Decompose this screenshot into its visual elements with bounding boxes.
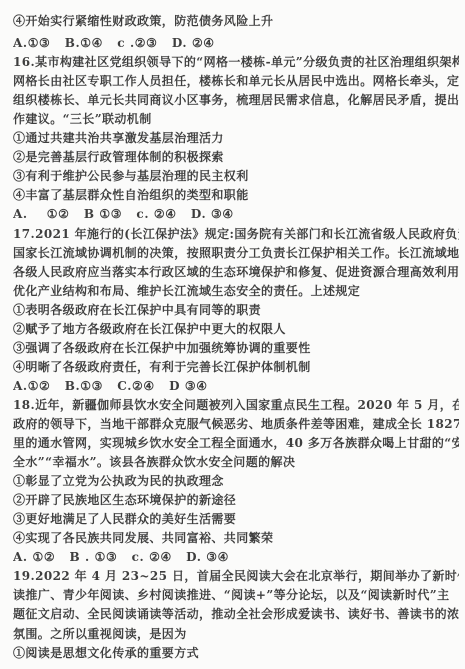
- answer-choices: A. ①② B ①③ c. ②④ D. ③④: [13, 205, 459, 224]
- question-stem-line: 政府的领导下，当地干部群众克服气候恶劣、地质条件差等困难，建成全长 1827 公: [13, 415, 459, 434]
- question-stem-line: 作建议。“三长”联动机制: [13, 110, 459, 129]
- question-option: ④丰富了基层群众性自治组织的类型和职能: [13, 186, 459, 205]
- answer-choices: A. ①② B . ①③ c. ②④ D. ③④: [13, 548, 459, 567]
- question-option: ④明晰了各级政府责任，有利于完善长江保护体制机制: [13, 358, 459, 377]
- question-stem-line: 网格长由社区专职工作人员担任，楼栋长和单元长从居民中选出。网格长牵头，定期: [13, 72, 459, 91]
- question-stem-line: 国家长江流域协调机制的决策，按照职责分工负责长江保护相关工作。长江流域地方: [13, 244, 459, 263]
- answer-choices: A.①② B.①③ C.②④ D ③④: [13, 377, 459, 396]
- question-stem-line: 全水”“幸福水”。该县各族群众饮水安全问题的解决: [13, 453, 459, 472]
- question-stem-line: 题征文启动、全民阅读诵读等活动，推动全社会形成爱读书、读好书、善读书的浓厚: [13, 605, 459, 624]
- question-15-tail: ④开始实行紧缩性财政政策，防范债务风险上升 A.①③ B.①④ c .②③ D.…: [13, 12, 459, 53]
- question-17: 17.2021 年施行的(长江保护法》规定:国务院有关部门和长江流省级人民政府负…: [13, 225, 459, 396]
- question-option: ②赋予了地方各级政府在长江保护中更大的权限人: [13, 320, 459, 339]
- question-option: ①通过共建共治共享激发基层治理活力: [13, 129, 459, 148]
- question-stem-line: 读推广、青少年阅读、乡村阅读推进、“阅读+”等分论坛，以及“阅读新时代”主: [13, 586, 459, 605]
- question-stem-line: 优化产业结构和布局、维护长江流域生态安全的责任。上述规定: [13, 282, 459, 301]
- question-stem-line: 19.2022 年 4 月 23~25 日，首届全民阅读大会在北京举行，期间举办…: [13, 567, 459, 586]
- question-option: ③有利于维护公民参与基层治理的民主权利: [13, 167, 459, 186]
- question-stem-line: 氛围。之所以重视阅读，是因为: [13, 625, 459, 644]
- question-stem-line: 18.近年，新疆伽师县饮水安全问题被列入国家重点民生工程。2020 年 5 月，…: [13, 396, 459, 415]
- question-stem-line: 各级人民政府应当落实本行政区域的生态环境保护和修复、促进资源合理高效利用、: [13, 263, 459, 282]
- question-option: ④开始实行紧缩性财政政策，防范债务风险上升: [13, 12, 459, 31]
- answer-choices: A.①③ B.①④ c .②③ D. ②④: [13, 34, 459, 53]
- question-option: ③更好地满足了人民群众的美好生活需要: [13, 510, 459, 529]
- question-16: 16.某市构建社区党组织领导下的“网格一楼栋-单元”分级负责的社区治理组织架构 …: [13, 53, 459, 224]
- question-option: ②是完善基层行政管理体制的积极探索: [13, 148, 459, 167]
- question-option: ②开辟了民族地区生态环境保护的新途径: [13, 491, 459, 510]
- question-option: ①表明各级政府在长江保护中具有同等的职责: [13, 301, 459, 320]
- question-19: 19.2022 年 4 月 23~25 日，首届全民阅读大会在北京举行，期间举办…: [13, 567, 459, 662]
- question-stem-line: 16.某市构建社区党组织领导下的“网格一楼栋-单元”分级负责的社区治理组织架构: [13, 53, 459, 72]
- question-stem-line: 里的通水管网，实现城乡饮水安全工程全面通水，40 多万各族群众喝上甘甜的“安: [13, 434, 459, 453]
- question-stem-line: 组织楼栋长、单元长共同商议小区事务，梳理居民需求信息，化解居民矛盾，提出工: [13, 91, 459, 110]
- question-option: ③强调了各级政府在长江保护中加强统筹协调的重要性: [13, 339, 459, 358]
- exam-page: ④开始实行紧缩性财政政策，防范债务风险上升 A.①③ B.①④ c .②③ D.…: [0, 0, 465, 669]
- question-stem-line: 17.2021 年施行的(长江保护法》规定:国务院有关部门和长江流省级人民政府负…: [13, 225, 459, 244]
- question-option: ①彰显了立党为公执政为民的执政理念: [13, 472, 459, 491]
- question-option: ①阅读是思想文化传承的重要方式: [13, 644, 459, 663]
- question-option: ④实现了各民族共同发展、共同富裕、共同繁荣: [13, 529, 459, 548]
- question-18: 18.近年，新疆伽师县饮水安全问题被列入国家重点民生工程。2020 年 5 月，…: [13, 396, 459, 567]
